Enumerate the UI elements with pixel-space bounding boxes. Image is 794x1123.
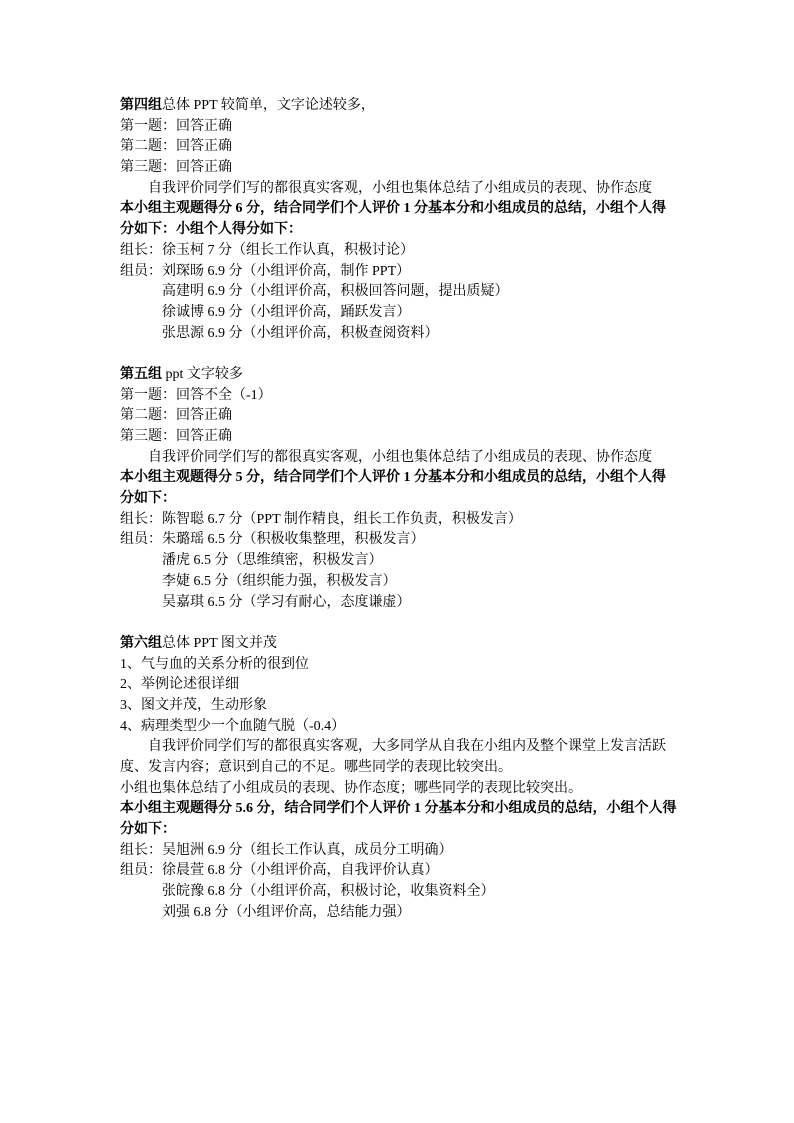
group-4-section: 第四组总体 PPT 较简单，文字论述较多， 第一题：回答正确 第二题：回答正确 …	[120, 96, 680, 344]
group-5-score-line-2: 分如下：	[120, 489, 680, 510]
group-5-self-eval: 自我评价同学们写的都很真实客观，小组也集体总结了小组成员的表现、协作态度	[120, 448, 680, 469]
member-entry: 刘琛旸 6.9 分（小组评价高，制作 PPT）	[162, 264, 410, 279]
group-4-self-eval: 自我评价同学们写的都很真实客观，小组也集体总结了小组成员的表现、协作态度	[120, 179, 680, 200]
group-4-question-1: 第一题：回答正确	[120, 117, 680, 138]
group-4-score-line-1: 本小组主观题得分 6 分，结合同学们个人评价 1 分基本分和小组成员的总结，小组…	[120, 199, 680, 220]
group-6-point-3: 3、图文并茂，生动形象	[120, 696, 680, 717]
group-4-member-2: 高建明 6.9 分（小组评价高，积极回答问题，提出质疑）	[120, 282, 680, 303]
group-6-member-3: 刘强 6.8 分（小组评价高，总结能力强）	[120, 903, 680, 924]
group-5-member-2: 潘虎 6.5 分（思维缜密，积极发言）	[120, 551, 680, 572]
group-4-leader: 组长：徐玉柯 7 分（组长工作认真，积极讨论）	[120, 241, 680, 262]
section-spacer	[120, 344, 680, 365]
group-6-member-1: 组员：徐晨萱 6.8 分（小组评价高，自我评价认真）	[120, 861, 680, 882]
group-4-question-2: 第二题：回答正确	[120, 137, 680, 158]
group-6-leader: 组长：吴旭洲 6.9 分（组长工作认真，成员分工明确）	[120, 841, 680, 862]
group-5-leader: 组长：陈智聪 6.7 分（PPT 制作精良，组长工作负责，积极发言）	[120, 510, 680, 531]
group-6-point-4: 4、病理类型少一个血随气脱（-0.4）	[120, 717, 680, 738]
leader-label: 组长：	[120, 843, 162, 858]
group-4-member-3: 徐诚博 6.9 分（小组评价高，踊跃发言）	[120, 303, 680, 324]
leader-entry: 徐玉柯 7 分（组长工作认真，积极讨论）	[162, 243, 414, 258]
member-entry: 徐晨萱 6.8 分（小组评价高，自我评价认真）	[162, 863, 439, 878]
group-5-section: 第五组 ppt 文字较多 第一题：回答不全（-1） 第二题：回答正确 第三题：回…	[120, 365, 680, 613]
group-5-member-4: 吴嘉琪 6.5 分（学习有耐心，态度谦虚）	[120, 593, 680, 614]
group-6-section: 第六组总体 PPT 图文并茂 1、气与血的关系分析的很到位 2、举例论述很详细 …	[120, 634, 680, 924]
group-5-member-1: 组员：朱璐瑶 6.5 分（积极收集整理，积极发言）	[120, 530, 680, 551]
group-4-member-4: 张思源 6.9 分（小组评价高，积极查阅资料）	[120, 324, 680, 345]
group-6-title: 第六组	[120, 636, 162, 651]
group-5-score-line-1: 本小组主观题得分 5 分，结合同学们个人评价 1 分基本分和小组成员的总结，小组…	[120, 468, 680, 489]
group-6-summary: 总体 PPT 图文并茂	[162, 636, 277, 651]
leader-entry: 吴旭洲 6.9 分（组长工作认真，成员分工明确）	[162, 843, 453, 858]
group-6-heading: 第六组总体 PPT 图文并茂	[120, 634, 680, 655]
group-6-score-line-2: 分如下：	[120, 820, 680, 841]
group-4-title: 第四组	[120, 98, 162, 113]
group-5-title: 第五组	[120, 367, 162, 382]
group-6-score-line-1: 本小组主观题得分 5.6 分，结合同学们个人评价 1 分基本分和小组成员的总结，…	[120, 799, 680, 820]
group-5-member-3: 李婕 6.5 分（组织能力强，积极发言）	[120, 572, 680, 593]
group-5-heading: 第五组 ppt 文字较多	[120, 365, 680, 386]
group-4-question-3: 第三题：回答正确	[120, 158, 680, 179]
group-5-summary: ppt 文字较多	[162, 367, 243, 382]
group-6-point-1: 1、气与血的关系分析的很到位	[120, 655, 680, 676]
document-page: 第四组总体 PPT 较简单，文字论述较多， 第一题：回答正确 第二题：回答正确 …	[120, 96, 680, 924]
group-5-question-2: 第二题：回答正确	[120, 406, 680, 427]
leader-entry: 陈智聪 6.7 分（PPT 制作精良，组长工作负责，积极发言）	[162, 512, 522, 527]
leader-label: 组长：	[120, 512, 162, 527]
group-6-member-2: 张皖豫 6.8 分（小组评价高，积极讨论，收集资料全）	[120, 882, 680, 903]
group-5-question-1: 第一题：回答不全（-1）	[120, 386, 680, 407]
group-6-self-eval-line-3: 小组也集体总结了小组成员的表现、协作态度；哪些同学的表现比较突出。	[120, 779, 680, 800]
member-label: 组员：	[120, 264, 162, 279]
member-label: 组员：	[120, 863, 162, 878]
section-spacer	[120, 613, 680, 634]
group-4-score-line-2: 分如下：小组个人得分如下：	[120, 220, 680, 241]
group-4-summary: 总体 PPT 较简单，文字论述较多，	[162, 98, 375, 113]
group-6-self-eval-line-2: 度、发言内容；意识到自己的不足。哪些同学的表现比较突出。	[120, 758, 680, 779]
member-entry: 朱璐瑶 6.5 分（积极收集整理，积极发言）	[162, 532, 425, 547]
leader-label: 组长：	[120, 243, 162, 258]
member-label: 组员：	[120, 532, 162, 547]
group-6-self-eval-line-1: 自我评价同学们写的都很真实客观，大多同学从自我在小组内及整个课堂上发言活跃	[120, 737, 680, 758]
group-5-question-3: 第三题：回答正确	[120, 427, 680, 448]
group-4-member-1: 组员：刘琛旸 6.9 分（小组评价高，制作 PPT）	[120, 262, 680, 283]
group-6-point-2: 2、举例论述很详细	[120, 675, 680, 696]
group-4-heading: 第四组总体 PPT 较简单，文字论述较多，	[120, 96, 680, 117]
